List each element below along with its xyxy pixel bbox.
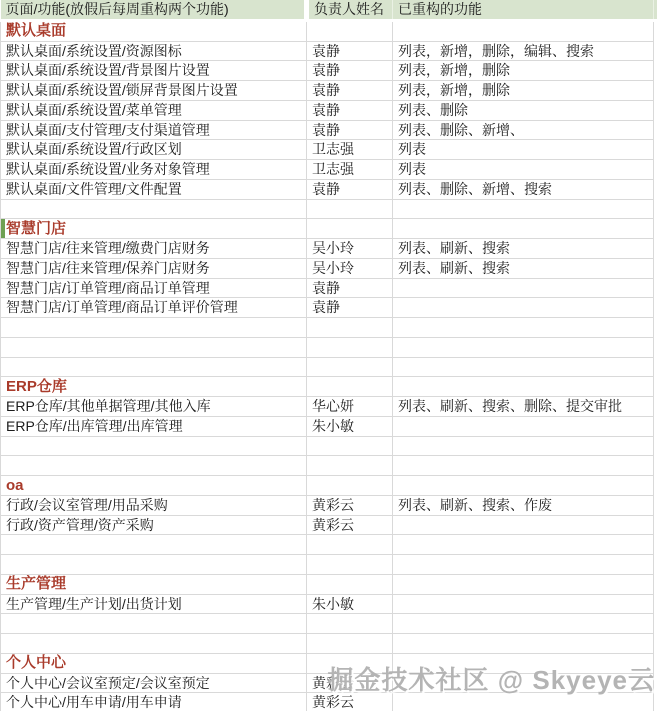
cell-features[interactable] (393, 416, 654, 436)
cell-page[interactable]: 智慧门店 (1, 219, 307, 239)
cell-features[interactable]: 列表，新增，删除 (393, 81, 654, 101)
table-row: 智慧门店/往来管理/缴费门店财务吴小玲列表、刷新、搜索 (1, 239, 657, 259)
empty-row (1, 436, 657, 456)
cell-page[interactable]: 行政/资产管理/资产采购 (1, 515, 307, 535)
cell-page[interactable] (1, 357, 307, 377)
cell-spacer (654, 318, 657, 338)
cell-owner[interactable] (307, 377, 393, 397)
cell-owner[interactable] (307, 614, 393, 634)
cell-owner[interactable]: 黄彩云 (307, 693, 393, 711)
cell-features[interactable] (393, 318, 654, 338)
cell-page[interactable]: 智慧门店/订单管理/商品订单评价管理 (1, 298, 307, 318)
cell-owner[interactable]: 袁静 (307, 41, 393, 61)
cell-page[interactable]: ERP仓库/出库管理/出库管理 (1, 416, 307, 436)
empty-row (1, 535, 657, 555)
cell-features[interactable] (393, 476, 654, 496)
cell-owner[interactable] (307, 357, 393, 377)
cell-features[interactable] (393, 377, 654, 397)
cell-owner[interactable] (307, 20, 393, 41)
table-row: 默认桌面/系统设置/背景图片设置袁静列表，新增，删除 (1, 61, 657, 81)
cell-spacer (654, 81, 657, 101)
cell-page[interactable]: 默认桌面/系统设置/锁屏背景图片设置 (1, 81, 307, 101)
cell-spacer (654, 614, 657, 634)
section-row: 智慧门店 (1, 219, 657, 239)
cell-features[interactable] (393, 219, 654, 239)
cell-spacer (654, 377, 657, 397)
cell-spacer (654, 278, 657, 298)
cell-owner[interactable] (307, 634, 393, 654)
cell-owner[interactable] (307, 318, 393, 338)
table-row: 行政/资产管理/资产采购黄彩云 (1, 515, 657, 535)
cell-features[interactable] (393, 594, 654, 614)
cell-spacer (654, 298, 657, 318)
cell-spacer (654, 634, 657, 654)
cell-owner[interactable] (307, 535, 393, 555)
cell-spacer (654, 20, 657, 41)
cell-features[interactable] (393, 515, 654, 535)
cell-spacer (654, 653, 657, 673)
table-row: 智慧门店/订单管理/商品订单管理袁静 (1, 278, 657, 298)
table-row: 智慧门店/订单管理/商品订单评价管理袁静 (1, 298, 657, 318)
table-row: 默认桌面/系统设置/资源图标袁静列表，新增，删除，编辑、搜索 (1, 41, 657, 61)
empty-row (1, 634, 657, 654)
header-row: 页面/功能(放假后每周重构两个功能) 负责人姓名 已重构的功能 (1, 0, 657, 20)
cell-spacer (654, 357, 657, 377)
cell-page[interactable]: 智慧门店/往来管理/缴费门店财务 (1, 239, 307, 259)
cell-features[interactable] (393, 298, 654, 318)
cell-features[interactable] (393, 535, 654, 555)
cell-owner[interactable] (307, 555, 393, 575)
cell-spacer (654, 179, 657, 199)
table-row: 默认桌面/系统设置/锁屏背景图片设置袁静列表，新增，删除 (1, 81, 657, 101)
column-header-page[interactable]: 页面/功能(放假后每周重构两个功能) (1, 0, 307, 20)
cell-spacer (654, 337, 657, 357)
cell-spacer (654, 594, 657, 614)
cell-spacer (654, 456, 657, 476)
cell-page[interactable] (1, 634, 307, 654)
cell-spacer (654, 555, 657, 575)
cell-page[interactable]: 个人中心/会议室预定/会议室预定 (1, 673, 307, 693)
cell-features[interactable] (393, 436, 654, 456)
table-row: ERP仓库/出库管理/出库管理朱小敏 (1, 416, 657, 436)
cell-spacer (654, 693, 657, 711)
cell-owner[interactable]: 黄彩云 (307, 515, 393, 535)
column-header-features[interactable]: 已重构的功能 (393, 0, 654, 20)
empty-row (1, 199, 657, 219)
cell-features[interactable] (393, 574, 654, 594)
cell-page[interactable] (1, 318, 307, 338)
cell-spacer (654, 100, 657, 120)
cell-owner[interactable]: 黄彩云 (307, 673, 393, 693)
cell-features[interactable]: 列表，新增，删除，编辑、搜索 (393, 41, 654, 61)
cell-owner[interactable] (307, 653, 393, 673)
table-row: 默认桌面/系统设置/业务对象管理卫志强列表 (1, 160, 657, 180)
cell-page[interactable]: 默认桌面/系统设置/业务对象管理 (1, 160, 307, 180)
cell-page[interactable]: ERP仓库 (1, 377, 307, 397)
table-header: 页面/功能(放假后每周重构两个功能) 负责人姓名 已重构的功能 (1, 0, 657, 20)
cell-features[interactable]: 列表、刷新、搜索、作废 (393, 495, 654, 515)
cell-owner[interactable]: 朱小敏 (307, 416, 393, 436)
cell-spacer (654, 219, 657, 239)
cell-page[interactable]: 生产管理/生产计划/出货计划 (1, 594, 307, 614)
refactor-progress-table: 页面/功能(放假后每周重构两个功能) 负责人姓名 已重构的功能 默认桌面默认桌面… (0, 0, 657, 711)
cell-page[interactable]: oa (1, 476, 307, 496)
cell-owner[interactable]: 袁静 (307, 298, 393, 318)
cell-page[interactable] (1, 199, 307, 219)
cell-features[interactable] (393, 653, 654, 673)
cell-page[interactable]: 生产管理 (1, 574, 307, 594)
cell-owner[interactable]: 卫志强 (307, 140, 393, 160)
section-row: 默认桌面 (1, 20, 657, 41)
cell-page[interactable]: ERP仓库/其他单据管理/其他入库 (1, 397, 307, 417)
table-row: 生产管理/生产计划/出货计划朱小敏 (1, 594, 657, 614)
cell-spacer (654, 61, 657, 81)
cell-page[interactable] (1, 555, 307, 575)
cell-page[interactable]: 默认桌面/文件管理/文件配置 (1, 179, 307, 199)
table-body: 默认桌面默认桌面/系统设置/资源图标袁静列表，新增，删除，编辑、搜索默认桌面/系… (1, 20, 657, 711)
cell-page[interactable]: 默认桌面/系统设置/背景图片设置 (1, 61, 307, 81)
cell-features[interactable] (393, 20, 654, 41)
empty-row (1, 555, 657, 575)
cell-page[interactable] (1, 337, 307, 357)
cell-owner[interactable] (307, 476, 393, 496)
cell-owner[interactable]: 袁静 (307, 81, 393, 101)
cell-spacer (654, 436, 657, 456)
cell-spacer (654, 535, 657, 555)
cell-page[interactable]: 行政/会议室管理/用品采购 (1, 495, 307, 515)
cell-spacer (654, 120, 657, 140)
empty-row (1, 318, 657, 338)
cell-owner[interactable]: 卫志强 (307, 160, 393, 180)
cell-spacer (654, 239, 657, 259)
table-row: 默认桌面/系统设置/菜单管理袁静列表、删除 (1, 100, 657, 120)
cell-page[interactable]: 智慧门店/订单管理/商品订单管理 (1, 278, 307, 298)
cell-page[interactable] (1, 456, 307, 476)
cell-features[interactable]: 列表 (393, 140, 654, 160)
cell-page[interactable]: 智慧门店/往来管理/保养门店财务 (1, 258, 307, 278)
cell-owner[interactable]: 朱小敏 (307, 594, 393, 614)
cell-features[interactable] (393, 337, 654, 357)
cell-owner[interactable] (307, 337, 393, 357)
cell-features[interactable] (393, 199, 654, 219)
table-row: 智慧门店/往来管理/保养门店财务吴小玲列表、刷新、搜索 (1, 258, 657, 278)
cell-features[interactable]: 列表、刷新、搜索 (393, 258, 654, 278)
cell-owner[interactable] (307, 436, 393, 456)
cell-spacer (654, 476, 657, 496)
empty-row (1, 614, 657, 634)
cell-owner[interactable] (307, 199, 393, 219)
cell-spacer (654, 673, 657, 693)
cell-page[interactable] (1, 535, 307, 555)
cell-page[interactable]: 默认桌面/支付管理/支付渠道管理 (1, 120, 307, 140)
cell-features[interactable]: 列表、删除、新增、 (393, 120, 654, 140)
section-row: 个人中心 (1, 653, 657, 673)
cell-page[interactable]: 默认桌面/系统设置/菜单管理 (1, 100, 307, 120)
cell-owner[interactable] (307, 219, 393, 239)
cell-spacer (654, 140, 657, 160)
section-row: 生产管理 (1, 574, 657, 594)
cell-spacer (654, 41, 657, 61)
table-row: 个人中心/用车申请/用车申请黄彩云 (1, 693, 657, 711)
cell-features[interactable] (393, 614, 654, 634)
cell-owner[interactable]: 吴小玲 (307, 258, 393, 278)
cell-page[interactable]: 默认桌面/系统设置/行政区划 (1, 140, 307, 160)
cell-spacer (654, 258, 657, 278)
table-row: 行政/会议室管理/用品采购黄彩云列表、刷新、搜索、作废 (1, 495, 657, 515)
cell-spacer (654, 397, 657, 417)
cell-owner[interactable]: 吴小玲 (307, 239, 393, 259)
cell-page[interactable] (1, 436, 307, 456)
cell-features[interactable]: 列表、删除、新增、搜索 (393, 179, 654, 199)
cell-owner[interactable]: 袁静 (307, 100, 393, 120)
cell-features[interactable] (393, 673, 654, 693)
cell-owner[interactable]: 袁静 (307, 278, 393, 298)
cell-owner[interactable]: 袁静 (307, 120, 393, 140)
cell-features[interactable] (393, 555, 654, 575)
empty-row (1, 357, 657, 377)
cell-page[interactable] (1, 614, 307, 634)
cell-spacer (654, 495, 657, 515)
table-row: 个人中心/会议室预定/会议室预定黄彩云 (1, 673, 657, 693)
spreadsheet: 页面/功能(放假后每周重构两个功能) 负责人姓名 已重构的功能 默认桌面默认桌面… (0, 0, 657, 711)
cell-features[interactable]: 列表 (393, 160, 654, 180)
cell-features[interactable]: 列表、刷新、搜索、删除、提交审批 (393, 397, 654, 417)
cell-features[interactable] (393, 693, 654, 711)
section-row: ERP仓库 (1, 377, 657, 397)
cell-spacer (654, 160, 657, 180)
cell-page[interactable]: 个人中心/用车申请/用车申请 (1, 693, 307, 711)
cell-features[interactable]: 列表，新增，删除 (393, 61, 654, 81)
cell-features[interactable] (393, 278, 654, 298)
cell-features[interactable] (393, 456, 654, 476)
cell-page[interactable]: 个人中心 (1, 653, 307, 673)
cell-features[interactable] (393, 634, 654, 654)
cell-owner[interactable]: 袁静 (307, 61, 393, 81)
table-row: 默认桌面/系统设置/行政区划卫志强列表 (1, 140, 657, 160)
empty-row (1, 337, 657, 357)
empty-row (1, 456, 657, 476)
cell-features[interactable]: 列表、刷新、搜索 (393, 239, 654, 259)
cell-owner[interactable]: 华心妍 (307, 397, 393, 417)
cell-owner[interactable]: 袁静 (307, 179, 393, 199)
table-row: ERP仓库/其他单据管理/其他入库华心妍列表、刷新、搜索、删除、提交审批 (1, 397, 657, 417)
section-row: oa (1, 476, 657, 496)
cell-spacer (654, 199, 657, 219)
cell-spacer (654, 574, 657, 594)
cell-page[interactable]: 默认桌面/系统设置/资源图标 (1, 41, 307, 61)
cell-owner[interactable] (307, 574, 393, 594)
table-row: 默认桌面/文件管理/文件配置袁静列表、删除、新增、搜索 (1, 179, 657, 199)
cell-features[interactable] (393, 357, 654, 377)
column-header-spacer (654, 0, 657, 20)
cell-spacer (654, 416, 657, 436)
column-header-owner[interactable]: 负责人姓名 (307, 0, 393, 20)
cell-owner[interactable] (307, 456, 393, 476)
cell-owner[interactable]: 黄彩云 (307, 495, 393, 515)
cell-features[interactable]: 列表、删除 (393, 100, 654, 120)
table-row: 默认桌面/支付管理/支付渠道管理袁静列表、删除、新增、 (1, 120, 657, 140)
cell-spacer (654, 515, 657, 535)
cell-page[interactable]: 默认桌面 (1, 20, 307, 41)
